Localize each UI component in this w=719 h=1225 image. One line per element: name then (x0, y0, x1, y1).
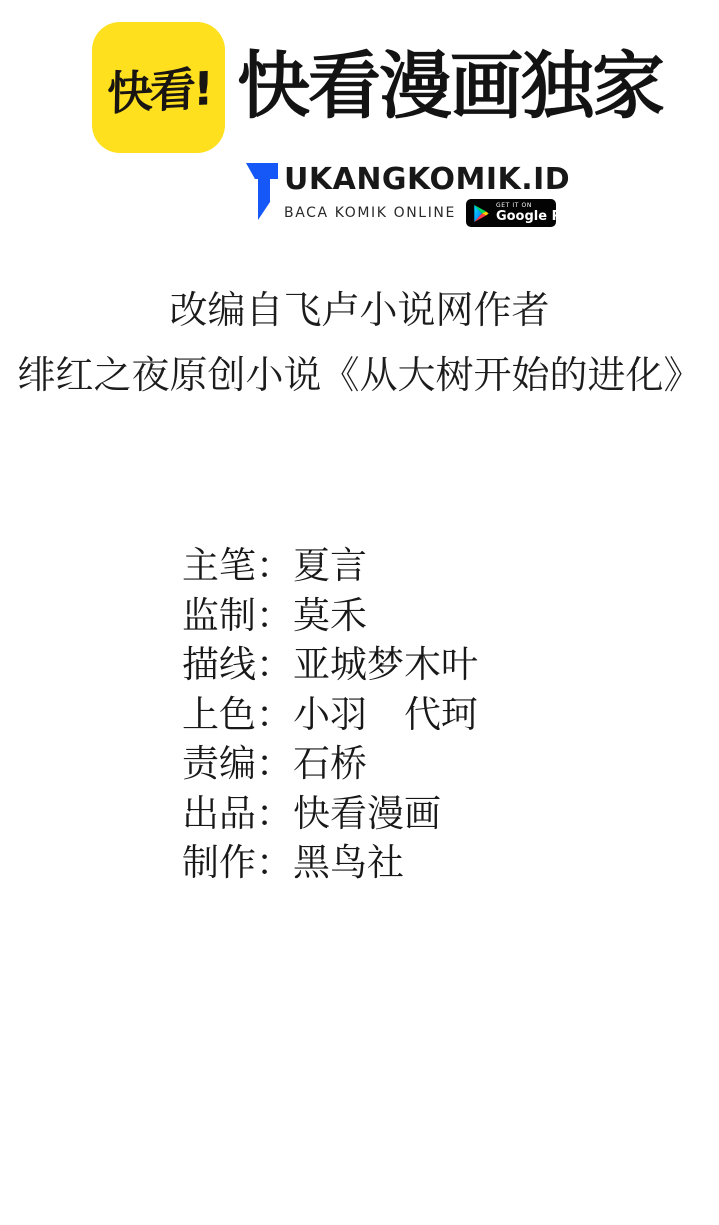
credit-label: 出品： (182, 792, 293, 835)
kuaikan-logo-text: 快看! (106, 52, 211, 124)
adaptation-notice: 改编自飞卢小说网作者 绯红之夜原创小说《从大树开始的进化》 (0, 278, 719, 408)
credit-name: 快看漫画 (293, 792, 441, 835)
credit-name: 石桥 (293, 742, 367, 785)
credit-label: 责编： (182, 742, 293, 785)
credit-line-inking: 描线：亚城梦木叶 (182, 640, 478, 690)
credit-label: 监制： (182, 594, 293, 637)
staff-credits: 主笔：夏言 监制：莫禾 描线：亚城梦木叶 上色：小羽 代珂 责编：石桥 出品：快… (182, 541, 478, 888)
credit-label: 主笔： (182, 544, 293, 587)
google-play-label: Google Play (496, 209, 582, 224)
credit-name: 亚城梦木叶 (293, 643, 478, 686)
google-play-icon (473, 204, 490, 223)
credit-name: 夏言 (293, 544, 367, 587)
adaptation-line-1: 改编自飞卢小说网作者 (0, 278, 719, 343)
credit-name: 小羽 代珂 (293, 693, 478, 736)
watermark-brand: UKANGKOMIK.ID (284, 164, 570, 196)
credit-label: 上色： (182, 693, 293, 736)
watermark-text-block: UKANGKOMIK.ID BACA KOMIK ONLINE (284, 160, 570, 227)
kuaikan-logo: 快看! (92, 22, 225, 153)
google-play-get-it-on: GET IT ON (496, 202, 582, 209)
credit-name: 莫禾 (293, 594, 367, 637)
credit-line-coloring: 上色：小羽 代珂 (182, 690, 478, 740)
credit-line-supervisor: 监制：莫禾 (182, 591, 478, 641)
page-title: 快看漫画独家 (237, 44, 663, 130)
credit-line-producer: 出品：快看漫画 (182, 789, 478, 839)
google-play-badge[interactable]: GET IT ON Google Play (466, 199, 556, 227)
credit-line-editor: 责编：石桥 (182, 739, 478, 789)
credit-label: 制作： (182, 841, 293, 884)
tukangkomik-watermark: UKANGKOMIK.ID BACA KOMIK ONLINE (245, 160, 570, 227)
comic-credits-page: 快看! 快看漫画独家 UKANGKOMIK.ID BACA KOMIK ONLI… (0, 0, 719, 1225)
tukangkomik-t-icon (245, 160, 279, 224)
google-play-badge-text: GET IT ON Google Play (496, 202, 582, 224)
credit-line-lead-artist: 主笔：夏言 (182, 541, 478, 591)
watermark-row: BACA KOMIK ONLINE (284, 199, 570, 227)
credit-line-production: 制作：黑鸟社 (182, 838, 478, 888)
credit-label: 描线： (182, 643, 293, 686)
credit-name: 黑鸟社 (293, 841, 404, 884)
watermark-tagline: BACA KOMIK ONLINE (284, 205, 456, 221)
adaptation-line-2: 绯红之夜原创小说《从大树开始的进化》 (0, 343, 719, 408)
